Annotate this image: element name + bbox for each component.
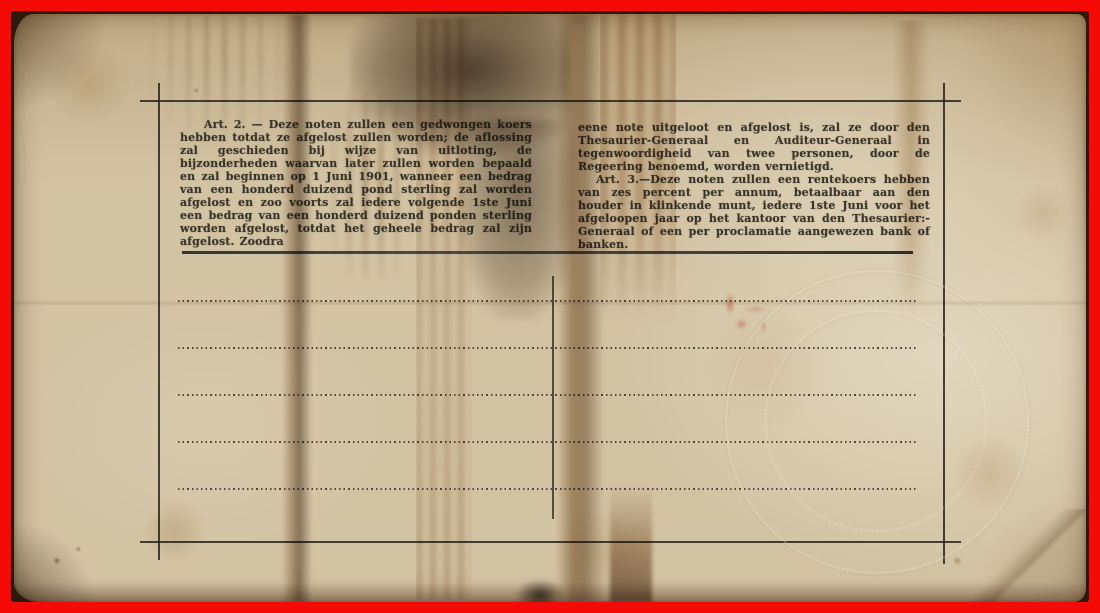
fold-stain-left bbox=[282, 14, 312, 602]
stain-bottom-blob bbox=[516, 580, 564, 602]
embossed-seal-inner-ring bbox=[765, 310, 987, 532]
banknote-paper: Art. 2. — Deze noten zullen een gedwonge… bbox=[14, 14, 1086, 602]
stain-band-left bbox=[416, 18, 472, 600]
embossed-seal bbox=[725, 270, 1029, 574]
printed-border-left bbox=[158, 83, 160, 560]
thick-separator-rule bbox=[182, 251, 913, 254]
article-3-column: eene note uitgeloot en afgelost is, zal … bbox=[578, 121, 930, 251]
photo-red-frame: { "frame": { "color": "#f50a05" }, "pape… bbox=[0, 0, 1100, 613]
article-3-text: Art. 3.—Deze noten zullen een rentekoers… bbox=[578, 173, 930, 251]
stain-band-center bbox=[556, 14, 604, 602]
printed-border-top bbox=[140, 100, 961, 102]
article-2-column: Art. 2. — Deze noten zullen een gedwonge… bbox=[180, 118, 532, 248]
photo-background: Art. 2. — Deze noten zullen een gedwonge… bbox=[11, 11, 1089, 602]
article-2-continuation-text: eene note uitgeloot en afgelost is, zal … bbox=[578, 121, 930, 173]
stain-bottom-streak bbox=[610, 484, 652, 602]
center-divider-line bbox=[552, 276, 554, 519]
article-2-text: Art. 2. — Deze noten zullen een gedwonge… bbox=[180, 118, 532, 248]
